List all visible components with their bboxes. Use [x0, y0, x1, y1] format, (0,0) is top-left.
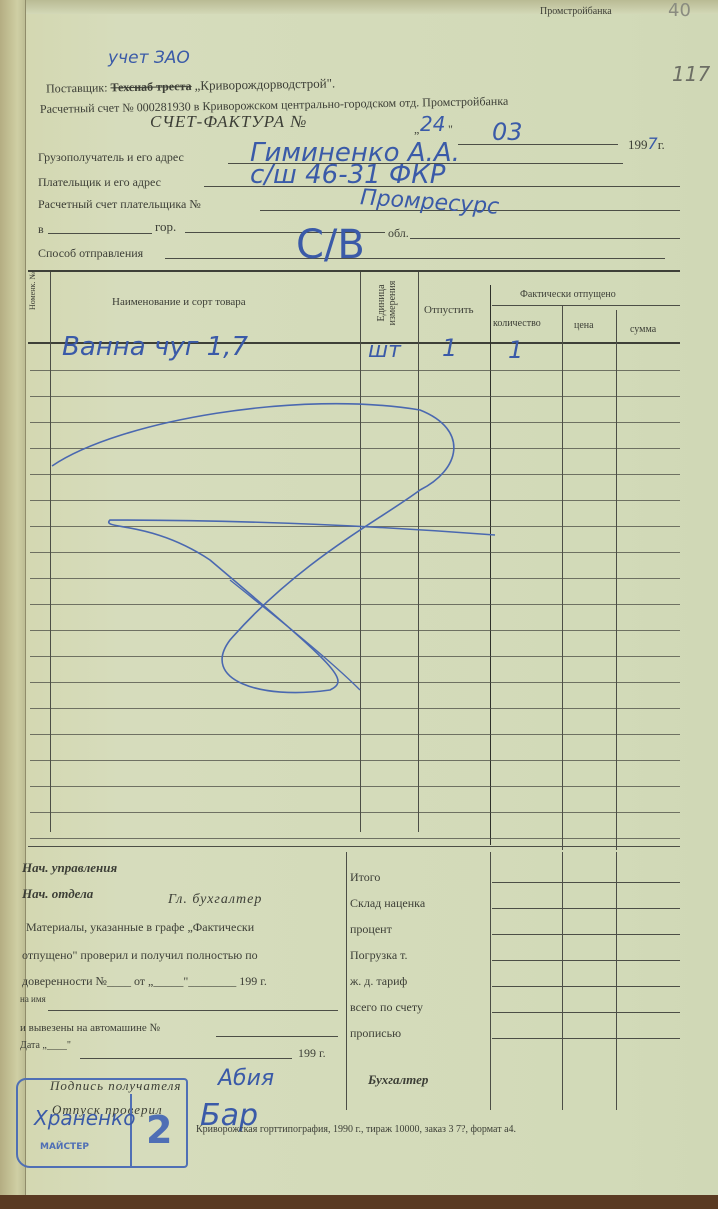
quote-open: „	[414, 122, 419, 137]
stamp-number: 2	[146, 1108, 172, 1152]
binding-spine	[0, 0, 26, 1195]
city-label: гор.	[155, 219, 176, 235]
on-name-label: на имя	[20, 994, 46, 1004]
consignee-label: Грузополучатель и его адрес	[38, 150, 184, 165]
year-line: 1997г.	[628, 134, 665, 153]
taken-by-car: и вывезены на автомашине №	[20, 1022, 160, 1034]
region-underline	[410, 238, 680, 239]
chief-accountant: Гл. бухгалтер	[168, 892, 262, 908]
col-header-actual-group: Фактически отпущено	[520, 289, 616, 300]
table-top-border	[28, 270, 680, 272]
totals-markup: Склад наценка	[350, 896, 425, 911]
year-prefix: 199	[628, 137, 648, 152]
shipping-value[interactable]: С/В	[296, 222, 365, 268]
shipping-label: Способ отправления	[38, 246, 143, 261]
stamp-text: МАЙСТЕР	[40, 1142, 89, 1152]
supplier-label: Поставщик:	[46, 80, 108, 95]
date-month: 03	[492, 118, 523, 146]
handwritten-note: учет ЗАО	[108, 48, 190, 68]
date-day: 24	[420, 112, 445, 136]
totals-railway: ж. д. тариф	[350, 974, 407, 989]
totals-in-words: прописью	[350, 1026, 401, 1041]
city-prefix: в	[38, 222, 44, 237]
previous-page-edge	[26, 0, 718, 14]
col-header-release: Отпустить	[424, 304, 474, 316]
col-header-number: Номенк. №	[28, 272, 37, 310]
date-year: 199 г.	[298, 1046, 326, 1061]
footer-top-border	[28, 846, 680, 847]
col-header-unit: Единица измерения	[376, 268, 398, 338]
month-underline	[458, 144, 618, 145]
row-release: 1	[442, 334, 457, 362]
row-quantity: 1	[508, 336, 523, 364]
head-dept: Нач. отдела	[22, 886, 93, 902]
totals-percent: процент	[350, 922, 392, 937]
supplier-struck: Техснаб треста	[110, 79, 191, 94]
actual-group-underline	[492, 305, 680, 306]
payer-account-value[interactable]: Промресурс	[359, 185, 500, 220]
row-name: Ванна чуг 1,7	[62, 332, 248, 362]
page-number: 117	[672, 62, 710, 86]
payer-value[interactable]: с/ш 46-31 ФКР	[250, 160, 445, 190]
payer-account-label: Расчетный счет плательщика №	[38, 197, 201, 212]
col-header-quantity: количество	[493, 318, 541, 329]
col-header-sum: сумма	[630, 324, 656, 335]
date-underline	[80, 1058, 292, 1059]
city-underline	[48, 233, 152, 234]
on-name-underline	[48, 1010, 338, 1011]
col-divider-price	[616, 310, 617, 850]
year-suffix: г.	[658, 137, 665, 152]
printer-line: Криворожская горттипография, 1990 г., ти…	[196, 1124, 516, 1135]
row-unit: шт	[368, 338, 401, 363]
col-divider-release	[490, 285, 491, 845]
car-underline	[216, 1036, 338, 1037]
stamp-divider	[130, 1094, 132, 1166]
materials-text-1: Материалы, указанные в графе „Фактически	[26, 920, 254, 935]
col-header-price: цена	[574, 320, 594, 331]
col-header-name: Наименование и сорт товара	[112, 296, 246, 308]
invoice-page: Промстройбанка 40 117 учет ЗАО Поставщик…	[0, 0, 718, 1195]
totals-grand-total: всего по счету	[350, 1000, 423, 1015]
materials-text-2: отпущено" проверил и получил полностью п…	[22, 948, 258, 963]
year-hand: 7	[648, 134, 658, 153]
recipient-signature[interactable]: Абия	[218, 1066, 274, 1091]
supplier-line: Поставщик: Техснаб треста „Криворождорво…	[46, 75, 335, 96]
head-admin: Нач. управления	[22, 860, 117, 876]
shipping-underline	[165, 258, 665, 259]
payer-label: Плательщик и его адрес	[38, 175, 161, 190]
power-of-attorney: доверенности №____ от „_____"________ 19…	[22, 974, 267, 989]
totals-loading: Погрузка т.	[350, 948, 408, 963]
page-number-top: 40	[668, 0, 691, 21]
region-label: обл.	[388, 226, 409, 241]
date-label: Дата „____"	[20, 1040, 71, 1051]
totals-total: Итого	[350, 870, 380, 885]
quote-close: "	[448, 122, 453, 137]
totals-accountant: Бухгалтер	[368, 1072, 428, 1088]
footer-divider	[346, 852, 347, 1110]
bank-top-right: Промстройбанка	[540, 6, 612, 17]
supplier-name: „Криворождорводстрой".	[194, 75, 335, 92]
invoice-title: СЧЕТ-ФАКТУРА №	[150, 112, 307, 132]
stamp-handwriting: Храненко	[34, 1106, 135, 1130]
